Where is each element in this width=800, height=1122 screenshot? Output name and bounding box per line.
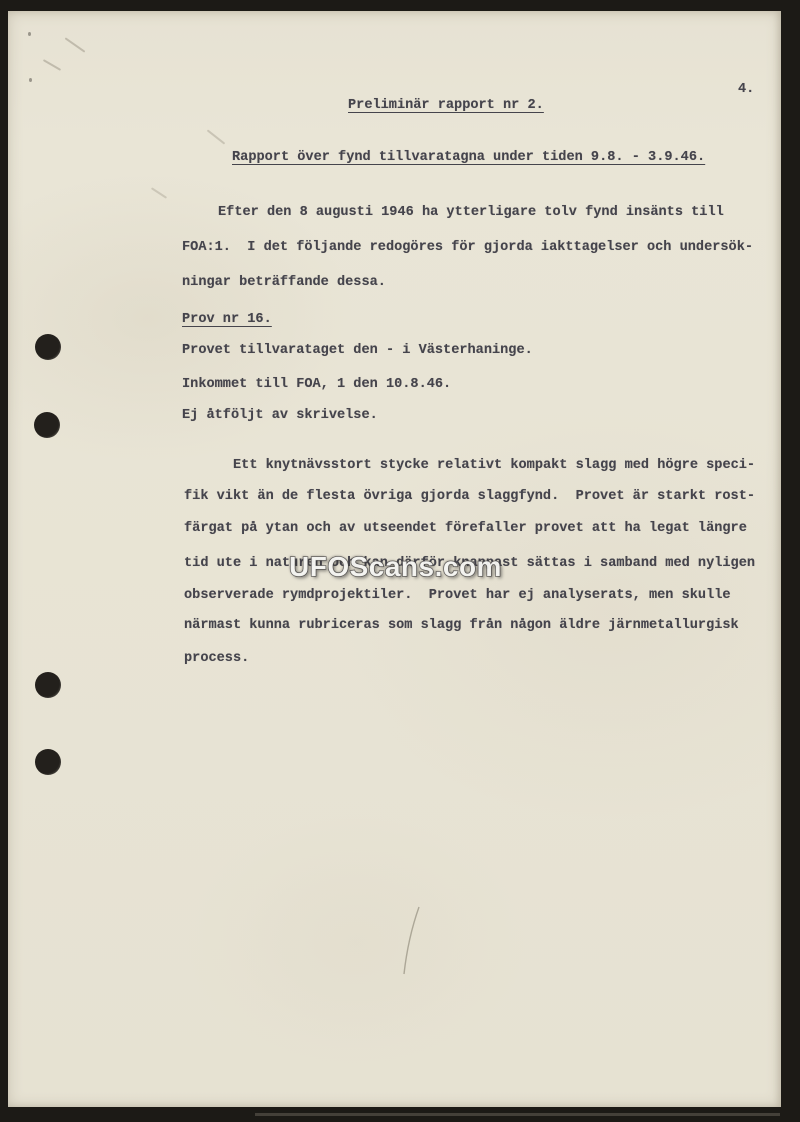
text-line: Ej åtföljt av skrivelse. — [182, 407, 378, 424]
text-line: Efter den 8 augusti 1946 ha ytterligare … — [218, 204, 724, 221]
text-line: färgat på ytan och av utseendet förefall… — [184, 520, 747, 537]
text-line: observerade rymdprojektiler. Provet har … — [184, 587, 731, 604]
text-line: Inkommet till FOA, 1 den 10.8.46. — [182, 376, 451, 393]
scanned-document-page: 4. Preliminär rapport nr 2.Rapport över … — [0, 0, 800, 1122]
text-line: process. — [184, 650, 249, 667]
text-line: fik vikt än de flesta övriga gjorda slag… — [184, 488, 755, 505]
page-number: 4. — [738, 81, 754, 98]
scan-edge-strip — [255, 1113, 780, 1116]
text-line: närmast kunna rubriceras som slagg från … — [184, 617, 739, 634]
text-line: Ett knytnävsstort stycke relativt kompak… — [233, 457, 755, 474]
text-line: FOA:1. I det följande redogöres för gjor… — [182, 239, 753, 256]
text-line: ningar beträffande dessa. — [182, 274, 386, 291]
text-line: Provet tillvarataget den - i Västerhanin… — [182, 342, 533, 359]
section-heading: Prov nr 16. — [182, 311, 272, 328]
report-subtitle: Rapport över fynd tillvaratagna under ti… — [232, 149, 705, 166]
report-title: Preliminär rapport nr 2. — [348, 97, 544, 114]
pencil-mark — [392, 898, 432, 983]
watermark: UFOScans.com — [289, 551, 502, 583]
